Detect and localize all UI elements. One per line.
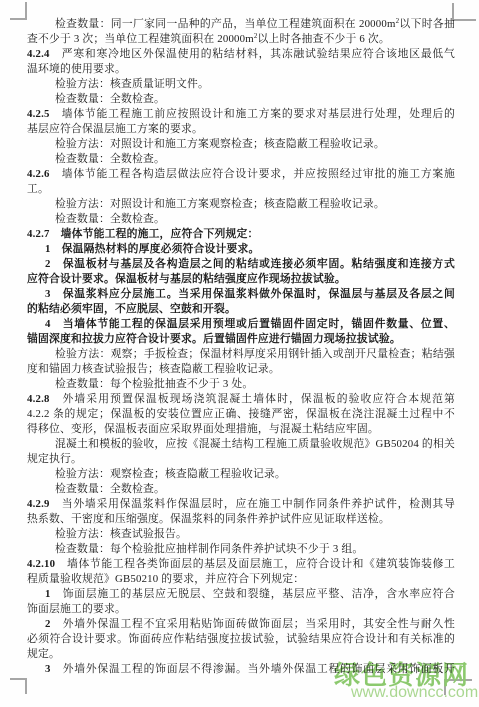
text-run: 检查数量：同一厂家同一品种的产品，当单位工程建筑面积在 20000m bbox=[55, 18, 396, 30]
text-run: 检验方法：观察；手扳检查；保温材料厚度采用钢针插入或剖开尺量检查；粘结强 bbox=[55, 348, 455, 360]
text-run: 墙体节能工程各类饰面层的基层及面层施工，应符合设计和《建筑装饰装修工 bbox=[55, 558, 455, 570]
text-line: 检查数量：全数检查。 bbox=[27, 152, 455, 167]
text-run: 严寒和寒冷地区外保温使用的粘结材料，其冻融试验结果应符合该地区最低气 bbox=[50, 48, 455, 60]
text-line: 检查数量：同一厂家同一品种的产品，当单位工程建筑面积在 20000m2以下时各抽 bbox=[27, 17, 455, 32]
text-line: 4.2.6 墙体节能工程各构造层做法应符合设计要求，并应按照经过审批的施工方案施 bbox=[27, 167, 455, 182]
text-line: 必须符合设计要求。饰面砖应作粘结强度拉拔试验，试验结果应符合设计和有关标准的 bbox=[27, 632, 455, 647]
text-line: 锚固深度和拉拔力应符合设计要求。后置锚固件应进行锚固力现场拉拔试验。 bbox=[27, 332, 455, 347]
text-line: 温环境的使用要求。 bbox=[27, 62, 455, 77]
text-line: 饰面层施工的要求。 bbox=[27, 602, 455, 617]
text-line: 检验方法：对照设计和施工方案观察检查；核查隐蔽工程验收记录。 bbox=[27, 197, 455, 212]
text-run: 锚固深度和拉拔力应符合设计要求。后置锚固件应进行锚固力现场拉拔试验。 bbox=[27, 333, 401, 345]
text-run: 检查数量：每个检验批抽查不少于 3 处。 bbox=[55, 378, 253, 390]
text-run: 工。 bbox=[27, 183, 49, 195]
text-run: 外墙采用预置保温板现场浇筑混凝土墙体时，保温板的验收应符合本规范第 bbox=[50, 393, 455, 405]
text-run: 必须符合设计要求。饰面砖应作粘结强度拉拔试验，试验结果应符合设计和有关标准的 bbox=[27, 633, 455, 645]
text-line: 得移位、变形，保温板表面应采取界面处理措施，与混凝土粘结应牢固。 bbox=[27, 422, 455, 437]
document-body: 检查数量：同一厂家同一品种的产品，当单位工程建筑面积在 20000m2以下时各抽… bbox=[27, 17, 455, 677]
text-run: 基层应符合保温层施工方案的要求。 bbox=[27, 123, 203, 135]
text-run: 检验方法：核查质量证明文件。 bbox=[55, 78, 209, 90]
text-run: 检查数量：全数检查。 bbox=[55, 153, 165, 165]
text-run: 的粘结必须牢固，不应脱层、空鼓和开裂。 bbox=[27, 303, 236, 315]
text-line: 1 饰面层施工的基层应无脱层、空鼓和裂缝，基层应平整、洁净，含水率应符合 bbox=[27, 587, 455, 602]
text-run: 4.2.8 bbox=[27, 393, 50, 405]
text-line: 4 当墙体节能工程的保温层采用预埋或后置锚固件固定时，锚固件数量、位置、 bbox=[27, 317, 455, 332]
crop-mark-top-right-icon bbox=[452, 3, 476, 21]
text-run: 规定。 bbox=[27, 648, 60, 660]
text-line: 规定执行。 bbox=[27, 452, 455, 467]
text-run: 2 保温板材与基层及各构造层之间的粘结或连接必须牢固。粘结强度和连接方式 bbox=[45, 258, 455, 270]
text-run: 规定执行。 bbox=[27, 453, 82, 465]
text-line: 的粘结必须牢固，不应脱层、空鼓和开裂。 bbox=[27, 302, 455, 317]
crop-mark-top-left-icon bbox=[10, 2, 27, 20]
text-run: 4.2.10 bbox=[27, 558, 55, 570]
text-line: 热系数、干密度和压缩强度。保温浆料的同条件养护试件应见证取样送检。 bbox=[27, 512, 455, 527]
document-page: 绿色资源网 www.downcc.com 检查数量：同一厂家同一品种的产品，当单… bbox=[0, 0, 479, 707]
text-run: 当外墙采用保温浆料作保温层时，应在施工中制作同条件养护试件，检测其导 bbox=[50, 498, 455, 510]
text-line: 程质量验收规范》GB50210 的要求，并应符合下列规定： bbox=[27, 572, 455, 587]
text-line: 3 保温浆料应分层施工。当采用保温浆料做外保温时，保温层与基层及各层之间 bbox=[27, 287, 455, 302]
text-run: 饰面层施工的要求。 bbox=[27, 603, 126, 615]
text-run: 4.2.7 墙体节能工程的施工，应符合下列规定： bbox=[27, 228, 259, 240]
text-run: 查不少于 3 次；当单位工程建筑面积在 20000m bbox=[27, 33, 254, 45]
text-line: 检查数量：每个检验批应抽样制作同条件养护试块不少于 3 组。 bbox=[27, 542, 455, 557]
watermark-site-url: www.downcc.com bbox=[351, 685, 478, 701]
text-line: 4.2.4 严寒和寒冷地区外保温使用的粘结材料，其冻融试验结果应符合该地区最低气 bbox=[27, 47, 455, 62]
text-run: 热系数、干密度和压缩强度。保温浆料的同条件养护试件应见证取样送检。 bbox=[27, 513, 390, 525]
text-run: 检查数量：全数检查。 bbox=[55, 483, 165, 495]
text-run: 检验方法：对照设计和施工方案观察检查；核查隐蔽工程验收记录。 bbox=[55, 198, 385, 210]
text-run: 温环境的使用要求。 bbox=[27, 63, 126, 75]
text-run: 墙体节能工程各构造层做法应符合设计要求，并应按照经过审批的施工方案施 bbox=[50, 168, 455, 180]
text-line: 2 外墙外保温工程不宜采用粘贴饰面砖做饰面层；当采用时，其安全性与耐久性 bbox=[27, 617, 455, 632]
text-run: 以下时各抽 bbox=[399, 18, 455, 30]
text-line: 4.2.5 墙体节能工程施工前应按照设计和施工方案的要求对基层进行处理，处理后的 bbox=[27, 107, 455, 122]
text-line: 4.2.8 外墙采用预置保温板现场浇筑混凝土墙体时，保温板的验收应符合本规范第 bbox=[27, 392, 455, 407]
text-line: 检验方法：对照设计和施工方案观察检查；核查隐蔽工程验收记录。 bbox=[27, 137, 455, 152]
text-line: 基层应符合保温层施工方案的要求。 bbox=[27, 122, 455, 137]
text-run: 度和锚固力核查试验报告；核查隐蔽工程验收记录。 bbox=[27, 363, 280, 375]
text-run: 检验方法：核查试验报告。 bbox=[55, 528, 187, 540]
text-line: 检查数量：每个检验批抽查不少于 3 处。 bbox=[27, 377, 455, 392]
text-run: 检验方法：观察检查；核查隐蔽工程验收记录。 bbox=[55, 468, 286, 480]
text-run: 墙体节能工程施工前应按照设计和施工方案的要求对基层进行处理，处理后的 bbox=[50, 108, 455, 120]
text-run: 1 保温隔热材料的厚度必须符合设计要求。 bbox=[45, 243, 260, 255]
text-run: 程质量验收规范》GB50210 的要求，并应符合下列规定： bbox=[27, 573, 304, 585]
text-line: 4.2.10 墙体节能工程各类饰面层的基层及面层施工，应符合设计和《建筑装饰装修… bbox=[27, 557, 455, 572]
text-line: 检验方法：核查质量证明文件。 bbox=[27, 77, 455, 92]
text-line: 工。 bbox=[27, 182, 455, 197]
text-run: 得移位、变形，保温板表面应采取界面处理措施，与混凝土粘结应牢固。 bbox=[27, 423, 379, 435]
text-line: 度和锚固力核查试验报告；核查隐蔽工程验收记录。 bbox=[27, 362, 455, 377]
text-run: 3 保温浆料应分层施工。当采用保温浆料做外保温时，保温层与基层及各层之间 bbox=[45, 288, 455, 300]
text-run: 4.2.6 bbox=[27, 168, 50, 180]
text-line: 检验方法：观察检查；核查隐蔽工程验收记录。 bbox=[27, 467, 455, 482]
text-run: 外墙外保温工程不宜采用粘贴饰面砖做饰面层；当采用时，其安全性与耐久性 bbox=[51, 618, 455, 630]
text-line: 4.2.2 条的规定；保温板的安装位置应正确、接缝严密，保温板在浇注混凝土过程中… bbox=[27, 407, 455, 422]
text-run: 混凝土和模板的验收，应按《混凝土结构工程施工质量验收规范》GB50204 的相关 bbox=[55, 438, 455, 450]
text-run: 检验方法：对照设计和施工方案观察检查；核查隐蔽工程验收记录。 bbox=[55, 138, 385, 150]
text-line: 应符合设计要求。保温板材与基层的粘结强度应作现场拉拔试验。 bbox=[27, 272, 455, 287]
text-line: 检查数量：全数检查。 bbox=[27, 482, 455, 497]
text-run: 4.2.5 bbox=[27, 108, 50, 120]
text-line: 检验方法：核查试验报告。 bbox=[27, 527, 455, 542]
text-run: 应符合设计要求。保温板材与基层的粘结强度应作现场拉拔试验。 bbox=[27, 273, 346, 285]
text-line: 混凝土和模板的验收，应按《混凝土结构工程施工质量验收规范》GB50204 的相关 bbox=[27, 437, 455, 452]
text-run: 检查数量：全数检查。 bbox=[55, 213, 165, 225]
text-run: 以上时各抽查不少于 6 次。 bbox=[258, 33, 390, 45]
text-line: 1 保温隔热材料的厚度必须符合设计要求。 bbox=[27, 242, 455, 257]
crop-mark-bottom-left-icon bbox=[10, 678, 27, 694]
text-line: 3 外墙外保温工程的饰面层不得渗漏。当外墙外保温工程的饰面层采用饰面板开 bbox=[27, 662, 455, 677]
text-run: 检查数量：全数检查。 bbox=[55, 93, 165, 105]
text-line: 4.2.9 当外墙采用保温浆料作保温层时，应在施工中制作同条件养护试件，检测其导 bbox=[27, 497, 455, 512]
text-line: 规定。 bbox=[27, 647, 455, 662]
text-run: 4 当墙体节能工程的保温层采用预埋或后置锚固件固定时，锚固件数量、位置、 bbox=[45, 318, 455, 330]
text-run: 外墙外保温工程的饰面层不得渗漏。当外墙外保温工程的饰面层采用饰面板开 bbox=[51, 663, 455, 675]
text-line: 检查数量：全数检查。 bbox=[27, 92, 455, 107]
text-run: 4.2.9 bbox=[27, 498, 50, 510]
text-line: 查不少于 3 次；当单位工程建筑面积在 20000m2以上时各抽查不少于 6 次… bbox=[27, 32, 455, 47]
text-run: 检查数量：每个检验批应抽样制作同条件养护试块不少于 3 组。 bbox=[55, 543, 363, 555]
text-run: 4.2.2 条的规定；保温板的安装位置应正确、接缝严密，保温板在浇注混凝土过程中… bbox=[27, 408, 455, 420]
text-run: 饰面层施工的基层应无脱层、空鼓和裂缝，基层应平整、洁净，含水率应符合 bbox=[51, 588, 455, 600]
text-line: 2 保温板材与基层及各构造层之间的粘结或连接必须牢固。粘结强度和连接方式 bbox=[27, 257, 455, 272]
text-line: 检查数量：全数检查。 bbox=[27, 212, 455, 227]
text-line: 4.2.7 墙体节能工程的施工，应符合下列规定： bbox=[27, 227, 455, 242]
text-line: 检验方法：观察；手扳检查；保温材料厚度采用钢针插入或剖开尺量检查；粘结强 bbox=[27, 347, 455, 362]
text-run: 4.2.4 bbox=[27, 48, 50, 60]
